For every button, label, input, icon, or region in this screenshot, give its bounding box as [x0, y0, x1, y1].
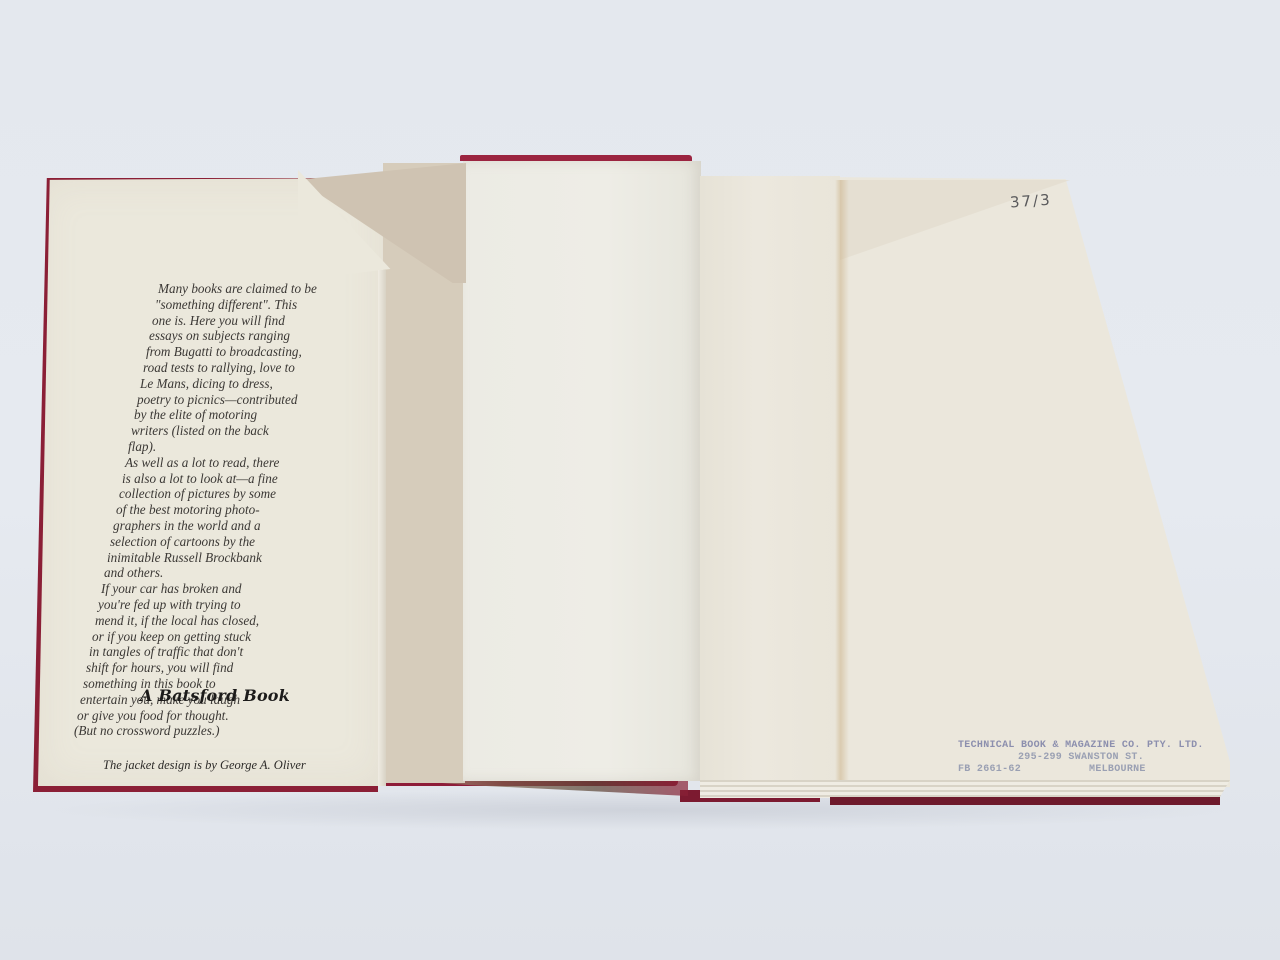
front-flap-crease: [700, 176, 840, 781]
blurb-line: If your car has broken and: [101, 581, 385, 597]
blurb-line: (But no crossword puzzles.): [74, 723, 385, 739]
blurb-line: poetry to picnics—contributed: [137, 392, 385, 408]
blurb-line: road tests to rallying, love to: [143, 360, 385, 376]
blurb-line: mend it, if the local has closed,: [95, 613, 385, 629]
flap-blurb: Many books are claimed to be "something …: [95, 281, 385, 739]
jacket-design-credit: The jacket design is by George A. Oliver: [103, 758, 306, 773]
blurb-line: is also a lot to look at—a fine: [122, 471, 385, 487]
page-stack: [700, 780, 1230, 798]
blurb-line: writers (listed on the back: [131, 423, 385, 439]
blurb-line: selection of cartoons by the: [110, 534, 385, 550]
blurb-line: inimitable Russell Brockbank: [107, 550, 385, 566]
blurb-line: you're fed up with trying to: [98, 597, 385, 613]
blurb-line: collection of pictures by some: [119, 486, 385, 502]
cover-edge-right: [830, 797, 1220, 805]
blurb-line: flap).: [128, 439, 385, 455]
blurb-line: Le Mans, dicing to dress,: [140, 376, 385, 392]
blurb-line: or if you keep on getting stuck: [92, 629, 385, 645]
blurb-line: As well as a lot to read, there: [125, 455, 385, 471]
handwritten-price: 37/3: [1009, 191, 1052, 212]
blurb-line: one is. Here you will find: [152, 313, 385, 329]
blurb-line: from Bugatti to broadcasting,: [146, 344, 385, 360]
blurb-line: or give you food for thought.: [77, 708, 385, 724]
publisher-imprint: A Batsford Book: [140, 686, 290, 705]
stamp-line-1: TECHNICAL BOOK & MAGAZINE CO. PTY. LTD.: [958, 740, 1218, 752]
endpaper-page: [463, 161, 701, 781]
blurb-line: shift for hours, you will find: [86, 660, 385, 676]
bookseller-stamp: TECHNICAL BOOK & MAGAZINE CO. PTY. LTD. …: [958, 740, 1218, 776]
blurb-line: "something different". This: [155, 297, 385, 313]
stamp-city: MELBOURNE: [1089, 764, 1146, 775]
blurb-line: of the best motoring photo-: [116, 502, 385, 518]
blurb-line: essays on subjects ranging: [149, 328, 385, 344]
blurb-line: and others.: [104, 565, 385, 581]
blurb-line: by the elite of motoring: [134, 407, 385, 423]
stamp-line-2: 295-299 SWANSTON ST.: [958, 752, 1218, 764]
fold-stain: [835, 180, 849, 780]
blurb-line: graphers in the world and a: [113, 518, 385, 534]
blurb-line: Many books are claimed to be: [158, 281, 385, 297]
blurb-line: in tangles of traffic that don't: [89, 644, 385, 660]
stamp-phone: FB 2661-62: [958, 764, 1021, 775]
stamp-line-3: FB 2661-62MELBOURNE: [958, 764, 1218, 776]
